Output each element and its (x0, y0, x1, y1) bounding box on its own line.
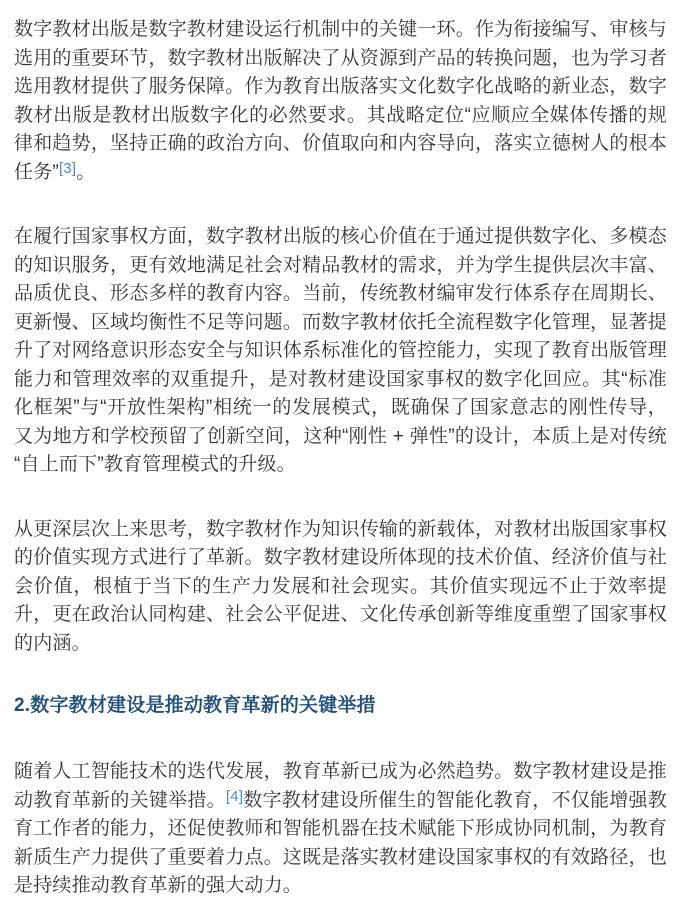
paragraph-education-reform: 随着人工智能技术的迭代发展，教育革新已成为必然趋势。数字教材建设是推动教育革新的… (14, 758, 667, 901)
citation-ref-3[interactable]: [3] (59, 160, 76, 177)
paragraph-national-authority: 在履行国家事权方面，数字教材出版的核心价值在于通过提供数字化、多模态的知识服务，… (14, 223, 667, 480)
paragraph-text: 从更深层次上来思考，数字教材作为知识传输的新载体，对教材出版国家事权的价值实现方… (14, 519, 667, 654)
paragraph-text-tail: 。 (76, 162, 95, 183)
paragraph-digital-textbook-publishing: 数字教材出版是数字教材建设运行机制中的关键一环。作为衔接编写、审核与选用的重要环… (14, 16, 667, 187)
section-heading-2: 2.数字教材建设是推动教育革新的关键举措 (14, 694, 667, 718)
article-body: 数字教材出版是数字教材建设运行机制中的关键一环。作为衔接编写、审核与选用的重要环… (0, 0, 681, 915)
paragraph-deeper-value: 从更深层次上来思考，数字教材作为知识传输的新载体，对教材出版国家事权的价值实现方… (14, 516, 667, 659)
citation-ref-4[interactable]: [4] (226, 788, 243, 805)
paragraph-text: 数字教材出版是数字教材建设运行机制中的关键一环。作为衔接编写、审核与选用的重要环… (14, 19, 667, 183)
paragraph-text: 在履行国家事权方面，数字教材出版的核心价值在于通过提供数字化、多模态的知识服务，… (14, 226, 667, 475)
